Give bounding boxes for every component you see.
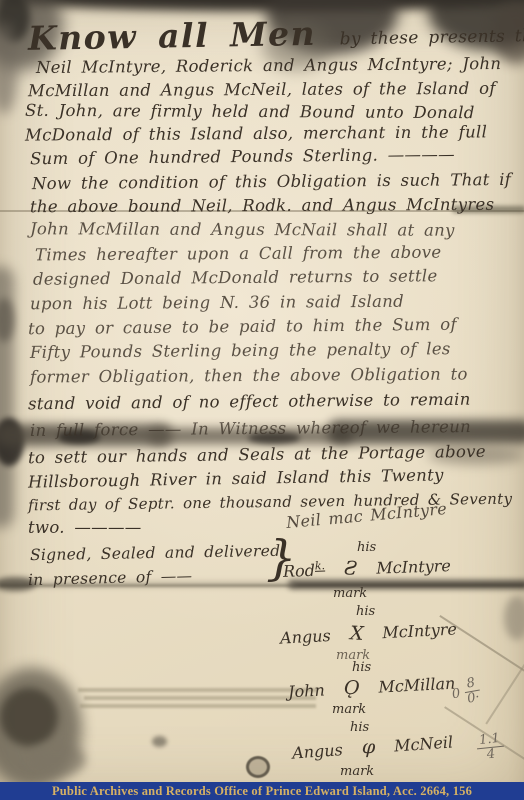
pencil-notation-2: 1.1 4 — [476, 732, 506, 764]
document-line: McDonald of this Island also, merchant i… — [25, 122, 487, 144]
document-line: Times hereafter upon a Call from the abo… — [35, 243, 441, 265]
signer-last-name: McMillan — [378, 674, 456, 697]
heading-small: by these presents that we — [340, 25, 524, 49]
mark-label: mark — [340, 764, 374, 779]
mark-label: mark — [333, 586, 367, 601]
mark-label: mark — [332, 702, 366, 717]
document-line: former Obligation, then the above Obliga… — [30, 364, 468, 386]
signature-angus-mcneil: his Angus φ McNeil mark — [292, 720, 462, 772]
heading-large: Know all Men — [28, 14, 317, 58]
signature-row: Angus φ McNeil — [291, 730, 453, 763]
signature-mark: φ — [361, 736, 375, 758]
document-line: two. ———— — [28, 518, 142, 537]
pencil-fraction: 1.1 4 — [476, 732, 506, 764]
signer-first-name: Angus — [292, 740, 344, 762]
document-line: St. John, are firmly held and Bound unto… — [25, 101, 475, 122]
his-label: his — [352, 660, 371, 675]
document-line: McMillan and Angus McNeil, lates of the … — [28, 79, 496, 100]
document-line: in full force —— In Witness whereof we h… — [30, 417, 471, 440]
document-line: Neil McIntyre, Roderick and Angus McInty… — [36, 54, 501, 77]
signer-last-name: McIntyre — [376, 556, 451, 578]
document-line: Fifty Pounds Sterling being the penalty … — [30, 339, 451, 362]
pencil-left-digit: 0 — [451, 686, 462, 702]
signature-row: Rodk. Ƨ McIntyre — [283, 554, 452, 582]
signature-john-mcmillan: his John Ǫ McMillan mark — [288, 660, 458, 712]
document-line: John McMillan and Angus McNail shall at … — [30, 219, 455, 239]
bleedthrough-text — [80, 704, 316, 708]
his-label: his — [357, 540, 376, 555]
bleedthrough-text — [84, 696, 316, 700]
bleedthrough-text — [78, 688, 318, 692]
his-label: his — [356, 604, 375, 619]
archive-caption-bar: Public Archives and Records Office of Pr… — [0, 782, 524, 800]
signature-mark: X — [349, 622, 364, 645]
archive-caption-text: Public Archives and Records Office of Pr… — [52, 784, 472, 799]
signer-last-name: McNeil — [393, 732, 453, 755]
signature-mark: Ǫ — [343, 677, 360, 700]
signer-last-name: McIntyre — [382, 619, 457, 642]
his-label: his — [350, 720, 369, 735]
document-photo: Know all Men by these presents that we N… — [0, 0, 524, 800]
fraction-denominator: 0· — [466, 691, 481, 707]
signature-mark: Ƨ — [343, 557, 358, 580]
signature-roderick-mcintyre: his Rodk. Ƨ McIntyre mark — [283, 540, 453, 592]
pencil-notation-1: 0 8 0· — [450, 676, 482, 710]
signer-first-name: Angus — [280, 626, 332, 648]
document-line: designed Donald McDonald returns to sett… — [33, 266, 438, 289]
signer-first-name: John — [288, 680, 326, 701]
document-line: the above bound Neil, Rodk. and Angus Mc… — [30, 195, 494, 216]
signer-first-name: Rod — [283, 561, 316, 581]
signature-angus-mcintyre: his Angus X McIntyre mark — [280, 604, 450, 656]
signature-row: Angus X McIntyre — [280, 617, 458, 648]
signature-row: John Ǫ McMillan — [288, 672, 456, 703]
fraction-denominator: 4 — [486, 748, 496, 763]
signer-superscript: k. — [315, 559, 326, 572]
document-line: upon his Lott being N. 36 in said Island — [30, 292, 404, 314]
